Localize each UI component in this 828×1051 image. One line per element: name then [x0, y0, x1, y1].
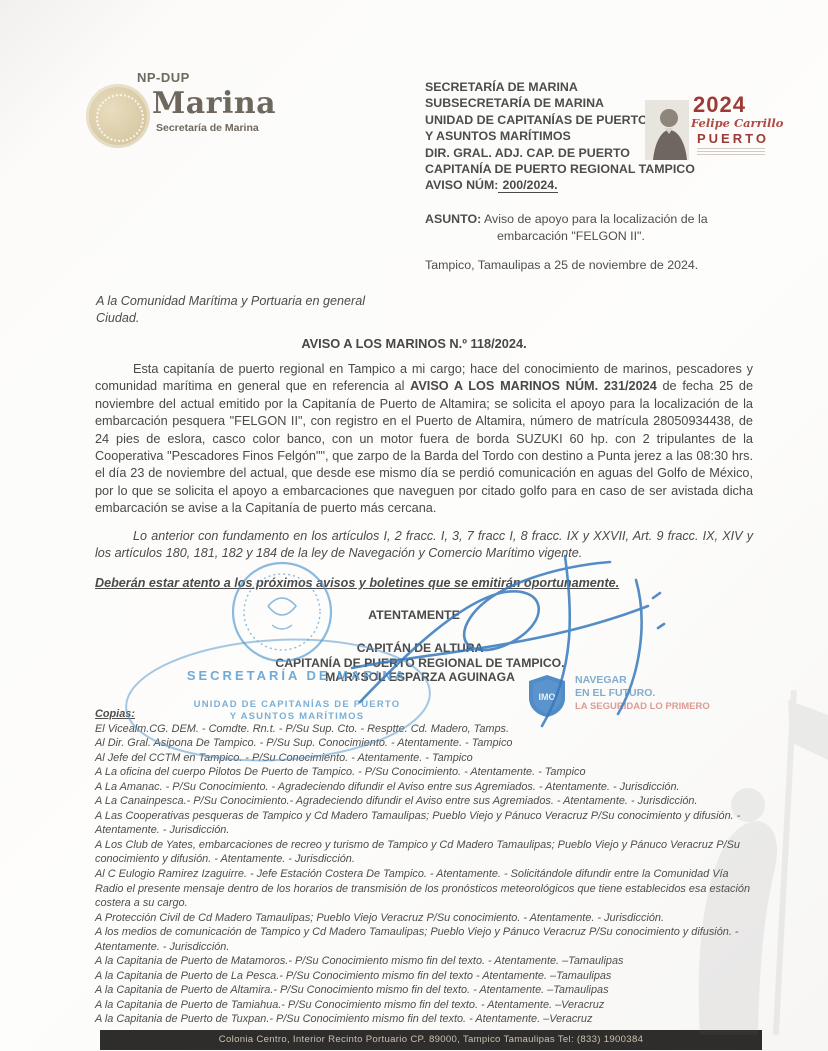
copy-line: A la Capitania de Puerto de Matamoros.- … — [95, 954, 759, 969]
notice-title: AVISO A LOS MARINOS N.º 118/2024. — [0, 336, 828, 351]
badge-name-text: Felipe Carrillo — [691, 116, 783, 130]
legal-basis-paragraph: Lo anterior con fundamento en los artícu… — [95, 528, 753, 562]
body-paragraph-1: Esta capitanía de puerto regional en Tam… — [95, 361, 753, 518]
copy-line: Al Dir. Gral. Asipona De Tampico. - P/Su… — [95, 736, 759, 751]
signer-rank: CAPITÁN DE ALTURA — [0, 641, 828, 656]
semar-eagle-seal-icon — [86, 84, 150, 148]
copy-line: El Vicealm.CG. DEM. - Comdte. Rn.t. - P/… — [95, 722, 759, 737]
copy-line: A los medios de comunicación de Tampico … — [95, 925, 759, 954]
subject-block: ASUNTO: Aviso de apoyo para la localizac… — [425, 211, 745, 244]
badge-year-text: 2024 — [693, 92, 746, 118]
year-badge-2024: 2024 Felipe Carrillo PUERTO — [645, 92, 795, 170]
copy-line: A La Canainpesca.- P/Su Conocimiento.- A… — [95, 794, 759, 809]
copy-line: A la Capitania de Puerto de Altamira.- P… — [95, 983, 759, 998]
felipe-carrillo-portrait-icon — [645, 100, 689, 160]
copies-section: Copias: El Vicealm.CG. DEM. - Comdte. Rn… — [95, 707, 759, 1027]
subject-label: ASUNTO: — [425, 212, 481, 226]
copy-line: A la Capitania de Puerto de La Pesca.- P… — [95, 969, 759, 984]
dateline: Tampico, Tamaulipas a 25 de noviembre de… — [425, 258, 698, 272]
badge-word-text: PUERTO — [697, 131, 769, 146]
addressee-line1: A la Comunidad Marítima y Portuaria en g… — [96, 293, 365, 310]
aviso-number-line: AVISO NÚM:200/2024. — [425, 177, 695, 193]
copy-line: A la Capitania de Puerto de Tuxpan.- P/S… — [95, 1012, 759, 1027]
copy-line: A la Capitania de Puerto de Tamiahua.- P… — [95, 998, 759, 1013]
marina-wordmark-subtitle: Secretaría de Marina — [156, 122, 259, 134]
copy-line: A Protección Civil de Cd Madero Tamaulip… — [95, 911, 759, 926]
aviso-number-label: AVISO NÚM: — [425, 178, 498, 192]
imo-line2: EN EL FUTURO. — [575, 687, 710, 700]
subject-text1: Aviso de apoyo para la localización de l… — [481, 212, 707, 226]
badge-fineprint — [697, 148, 765, 155]
subject-text2: embarcación "FELGON II". — [425, 228, 745, 245]
p1-text-b: de fecha 25 de noviembre del actual emit… — [95, 379, 753, 515]
imo-line1: NAVEGAR — [575, 674, 710, 687]
addressee-block: A la Comunidad Marítima y Portuaria en g… — [96, 293, 365, 326]
copies-label: Copias: — [95, 707, 759, 722]
stay-alert-line: Deberán estar atento a los próximos avis… — [95, 576, 753, 590]
copy-line: Al Jefe del CCTM en Tampico. - P/Su Cono… — [95, 751, 759, 766]
subject-line1: ASUNTO: Aviso de apoyo para la localizac… — [425, 211, 745, 228]
copy-line: A Los Club de Yates, embarcaciones de re… — [95, 838, 759, 867]
copy-line: A Las Cooperativas pesqueras de Tampico … — [95, 809, 759, 838]
stamp-line1: SECRETARÍA DE MARINA — [152, 668, 442, 683]
svg-text:IMO: IMO — [539, 692, 556, 702]
marina-wordmark: Marina — [152, 86, 276, 121]
addressee-line2: Ciudad. — [96, 310, 365, 327]
copy-line: A La oficina del cuerpo Pilotos De Puert… — [95, 765, 759, 780]
npdup-label: NP-DUP — [137, 70, 190, 85]
document-page: NP-DUP Marina Secretaría de Marina SECRE… — [0, 0, 828, 1051]
aviso-number-value: 200/2024. — [498, 178, 557, 193]
footer-address-bar: Colonia Centro, Interior Recinto Portuar… — [100, 1030, 762, 1050]
copy-line: Al C Eulogio Ramirez Izaguirre. - Jefe E… — [95, 867, 759, 911]
copy-line: A La Amanac. - P/Su Conocimiento. - Agra… — [95, 780, 759, 795]
p1-referenced-notice: AVISO A LOS MARINOS NÚM. 231/2024 — [410, 379, 657, 393]
closing-salutation: ATENTAMENTE — [0, 608, 828, 622]
